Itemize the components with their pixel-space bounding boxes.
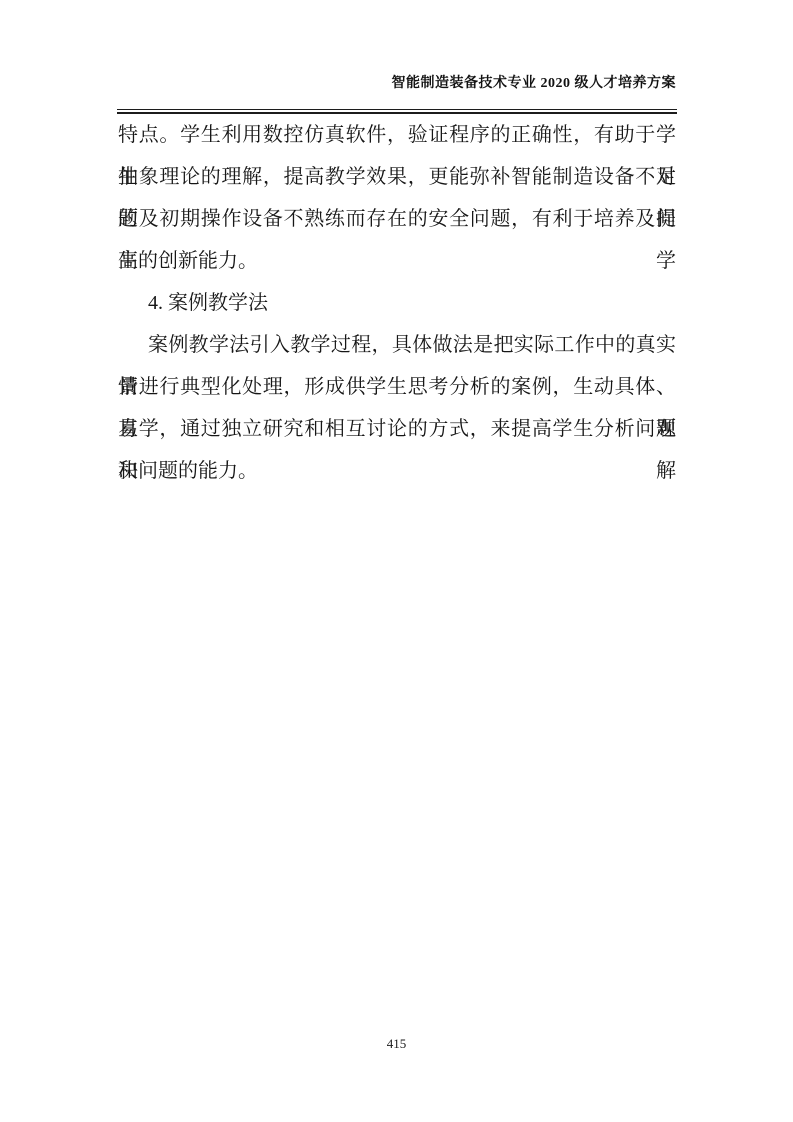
text-line: 题及初期操作设备不熟练而存在的安全问题，有利于培养及提高学 xyxy=(118,198,676,240)
document-body-text: 特点。学生利用数控仿真软件，验证程序的正确性，有助于学生对抽象理论的理解，提高教… xyxy=(118,114,676,492)
text-line: 易学，通过独立研究和相互讨论的方式，来提高学生分析问题和解 xyxy=(118,408,676,450)
text-line: 特点。学生利用数控仿真软件，验证程序的正确性，有助于学生对 xyxy=(118,114,676,156)
document-page: 智能制造装备技术专业 2020 级人才培养方案 特点。学生利用数控仿真软件，验证… xyxy=(0,0,793,1122)
page-header-title: 智能制造装备技术专业 2020 级人才培养方案 xyxy=(117,72,676,92)
text-line: 景进行典型化处理，形成供学生思考分析的案例，生动具体、直观 xyxy=(118,366,676,408)
page-number: 415 xyxy=(387,1036,407,1051)
text-line: 抽象理论的理解，提高教学效果，更能弥补智能制造设备不足的问 xyxy=(118,156,676,198)
page-footer: 415 xyxy=(0,1036,793,1052)
text-line: 案例教学法引入教学过程，具体做法是把实际工作中的真实情 xyxy=(118,324,676,366)
text-line: 4. 案例教学法 xyxy=(118,282,676,324)
